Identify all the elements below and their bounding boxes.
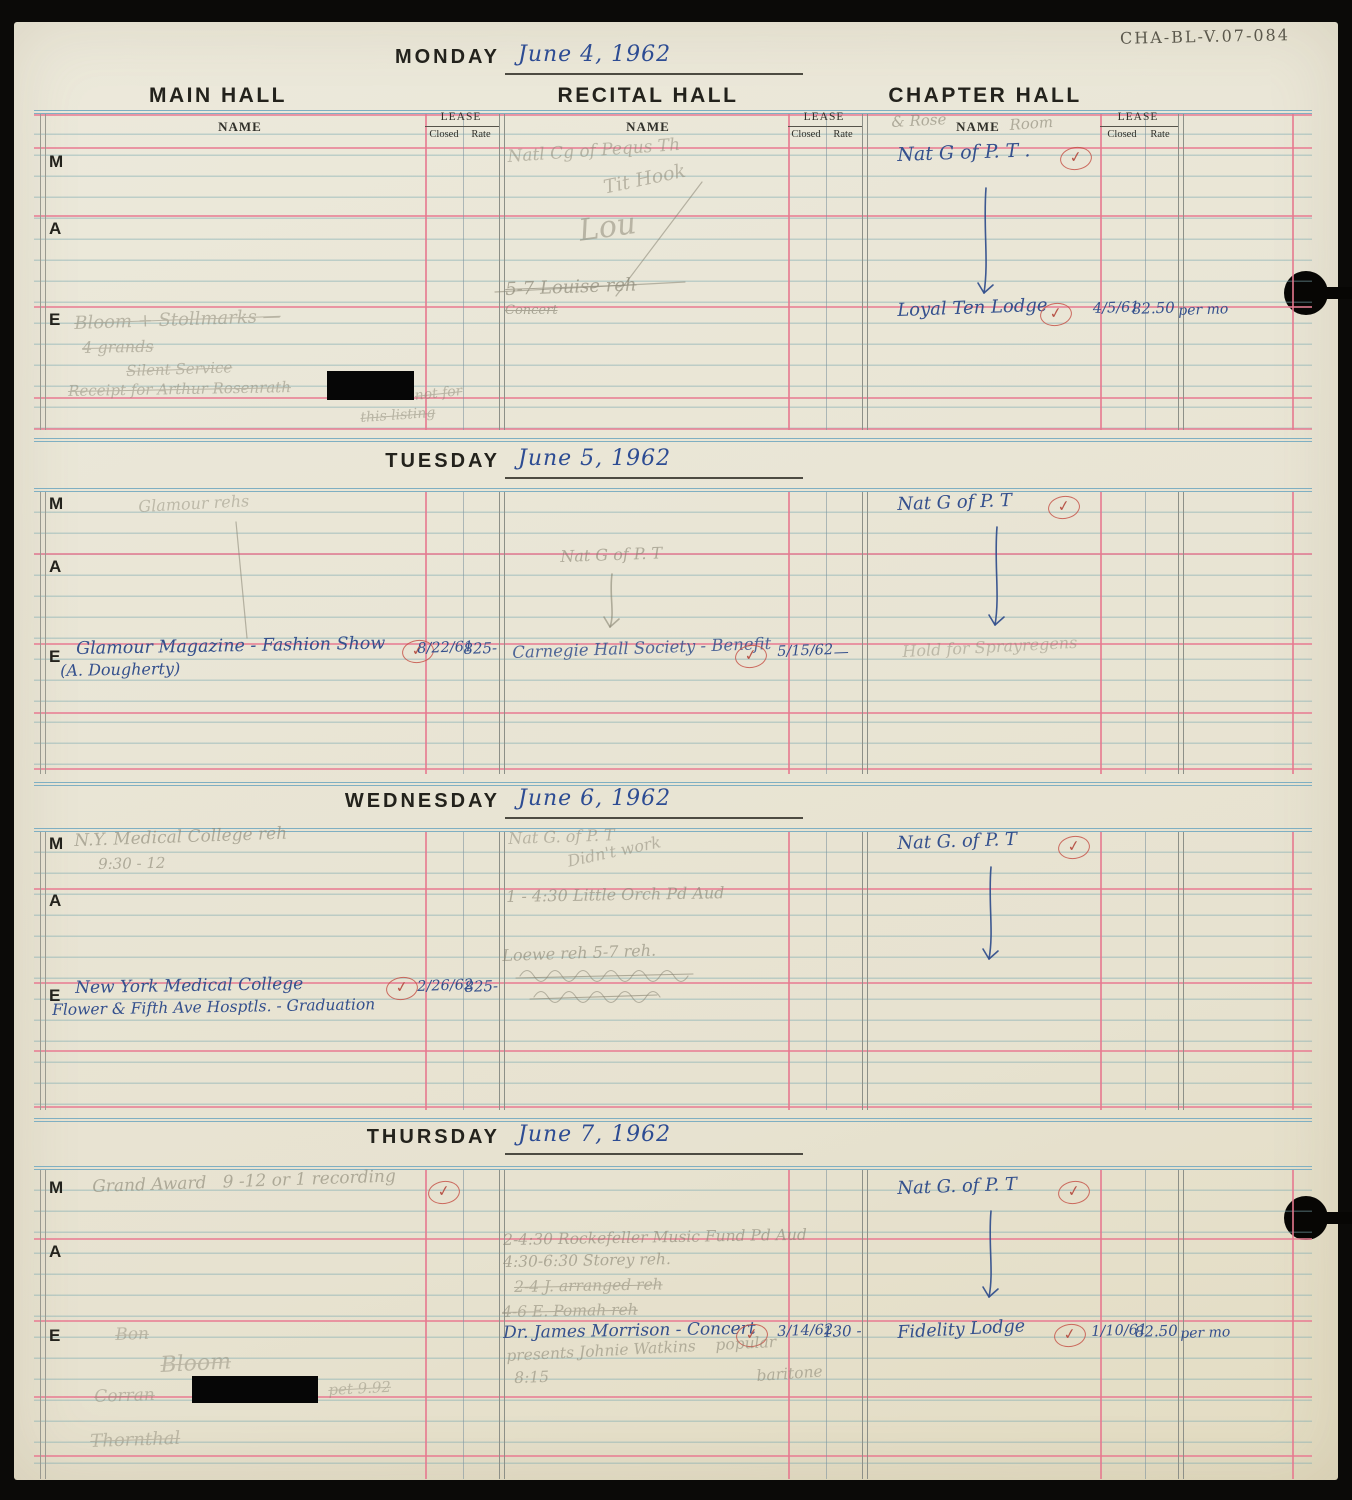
day-date-handwritten: June 6, 1962 — [518, 786, 671, 811]
mon-chapter-note: & Rose — [891, 112, 947, 130]
mon-recital-m: Lou — [577, 209, 638, 247]
thu-main-e: pet 9.92 — [328, 1380, 391, 1398]
row-label: E — [49, 647, 60, 667]
binder-hole-stem — [1320, 1212, 1352, 1224]
row-label: A — [49, 891, 61, 911]
column-header-closed: Closed — [429, 129, 458, 140]
thu-recital-e2: 8:15 — [514, 1370, 549, 1387]
scanned-ledger-page: CHA-BL-V.07-084 MONDAYJune 4, 1962MAIN H… — [0, 0, 1352, 1500]
hall-title: MAIN HALL — [149, 84, 287, 108]
lease-rate-note: per mo — [1180, 1325, 1231, 1341]
wed-recital-a: 1 - 4:30 Little Orch Pd Aud — [506, 885, 725, 905]
day-date-handwritten: June 5, 1962 — [518, 446, 671, 471]
column-header-lease: LEASE — [441, 111, 482, 123]
thu-main-e: Thornthal — [90, 1430, 181, 1451]
column-header-lease: LEASE — [1118, 111, 1159, 123]
tue-recital-a: Nat G of P. T — [560, 545, 662, 565]
wed-chapter-m: Nat G. of P. T — [897, 831, 1017, 853]
column-header-rate: Rate — [833, 129, 852, 140]
lease-rate: 130 - — [823, 1324, 862, 1340]
row-label: A — [49, 1242, 61, 1262]
mon-chapter-m: Nat G of P. T . — [897, 141, 1031, 165]
day-label: TUESDAY — [385, 450, 500, 473]
column-header-name: NAME — [626, 119, 670, 135]
column-header-lease: LEASE — [804, 111, 845, 123]
mon-main-e: Receipt for Arthur Rosenrath — [68, 380, 291, 399]
thu-recital-a2: 4-6 E. Pomah reh — [502, 1303, 638, 1321]
mon-recital-e: 5-7 Louise reh — [505, 276, 637, 299]
column-header-name: NAME — [218, 119, 262, 135]
thu-main-e: Bon — [115, 1326, 149, 1344]
mon-recital-e: Concert — [505, 304, 558, 317]
hall-title: CHAPTER HALL — [888, 84, 1081, 108]
column-header-closed: Closed — [791, 129, 820, 140]
row-label: E — [49, 310, 60, 330]
thu-main-e: Corran — [94, 1387, 155, 1406]
column-header-name: NAME — [956, 119, 1000, 135]
thu-recital-a: 4:30-6:30 Storey reh. — [503, 1252, 671, 1270]
day-date-underline — [505, 1153, 803, 1155]
thu-main-e: Bloom — [160, 1351, 232, 1377]
row-label: M — [49, 1178, 63, 1198]
row-label: A — [49, 557, 61, 577]
lease-rate: — — [834, 644, 850, 660]
day-date-handwritten: June 4, 1962 — [518, 42, 671, 67]
day-date-underline — [505, 817, 803, 819]
catalog-number: CHA-BL-V.07-084 — [1120, 25, 1290, 48]
day-label: THURSDAY — [367, 1126, 500, 1149]
column-header-rate: Rate — [471, 129, 490, 140]
lease-rate: 825- — [463, 641, 497, 657]
lease-closed-date: 5/15/62 — [777, 643, 833, 659]
redaction-box — [327, 371, 414, 400]
wed-main-e: New York Medical College — [75, 976, 303, 997]
row-label: A — [49, 219, 61, 239]
thu-recital-a2: 2-4 J. arranged reh — [514, 1277, 663, 1295]
mon-chapter-e: Loyal Ten Lodge — [897, 297, 1048, 320]
lease-rate-note: per mo — [1178, 302, 1229, 318]
row-label: M — [49, 834, 63, 854]
tue-main-e: (A. Dougherty) — [60, 661, 180, 679]
wed-main-m: 9:30 - 12 — [98, 856, 166, 872]
column-header-closed: Closed — [1107, 129, 1136, 140]
row-label: E — [49, 1326, 60, 1346]
lease-rate: 82.50 — [1135, 1324, 1178, 1340]
day-date-underline — [505, 477, 803, 479]
tue-chapter-m: Nat G of P. T — [897, 492, 1012, 514]
day-date-underline — [505, 73, 803, 75]
column-header-rate: Rate — [1150, 129, 1169, 140]
mon-main-e: 4 grands — [82, 339, 154, 356]
redaction-box — [192, 1376, 318, 1403]
lease-rate: 82.50 — [1132, 301, 1175, 317]
day-label: WEDNESDAY — [345, 790, 500, 813]
lease-rate: 825- — [464, 979, 498, 995]
day-date-handwritten: June 7, 1962 — [518, 1122, 671, 1147]
hall-title: RECITAL HALL — [558, 84, 739, 108]
thu-chapter-m: Nat G. of P. T — [897, 1176, 1017, 1198]
binder-hole-stem — [1320, 287, 1352, 299]
mon-chapter-note: Room — [1009, 115, 1054, 133]
mon-main-e: Silent Service — [126, 360, 233, 379]
day-label: MONDAY — [395, 46, 500, 69]
row-label: M — [49, 152, 63, 172]
row-label: M — [49, 494, 63, 514]
